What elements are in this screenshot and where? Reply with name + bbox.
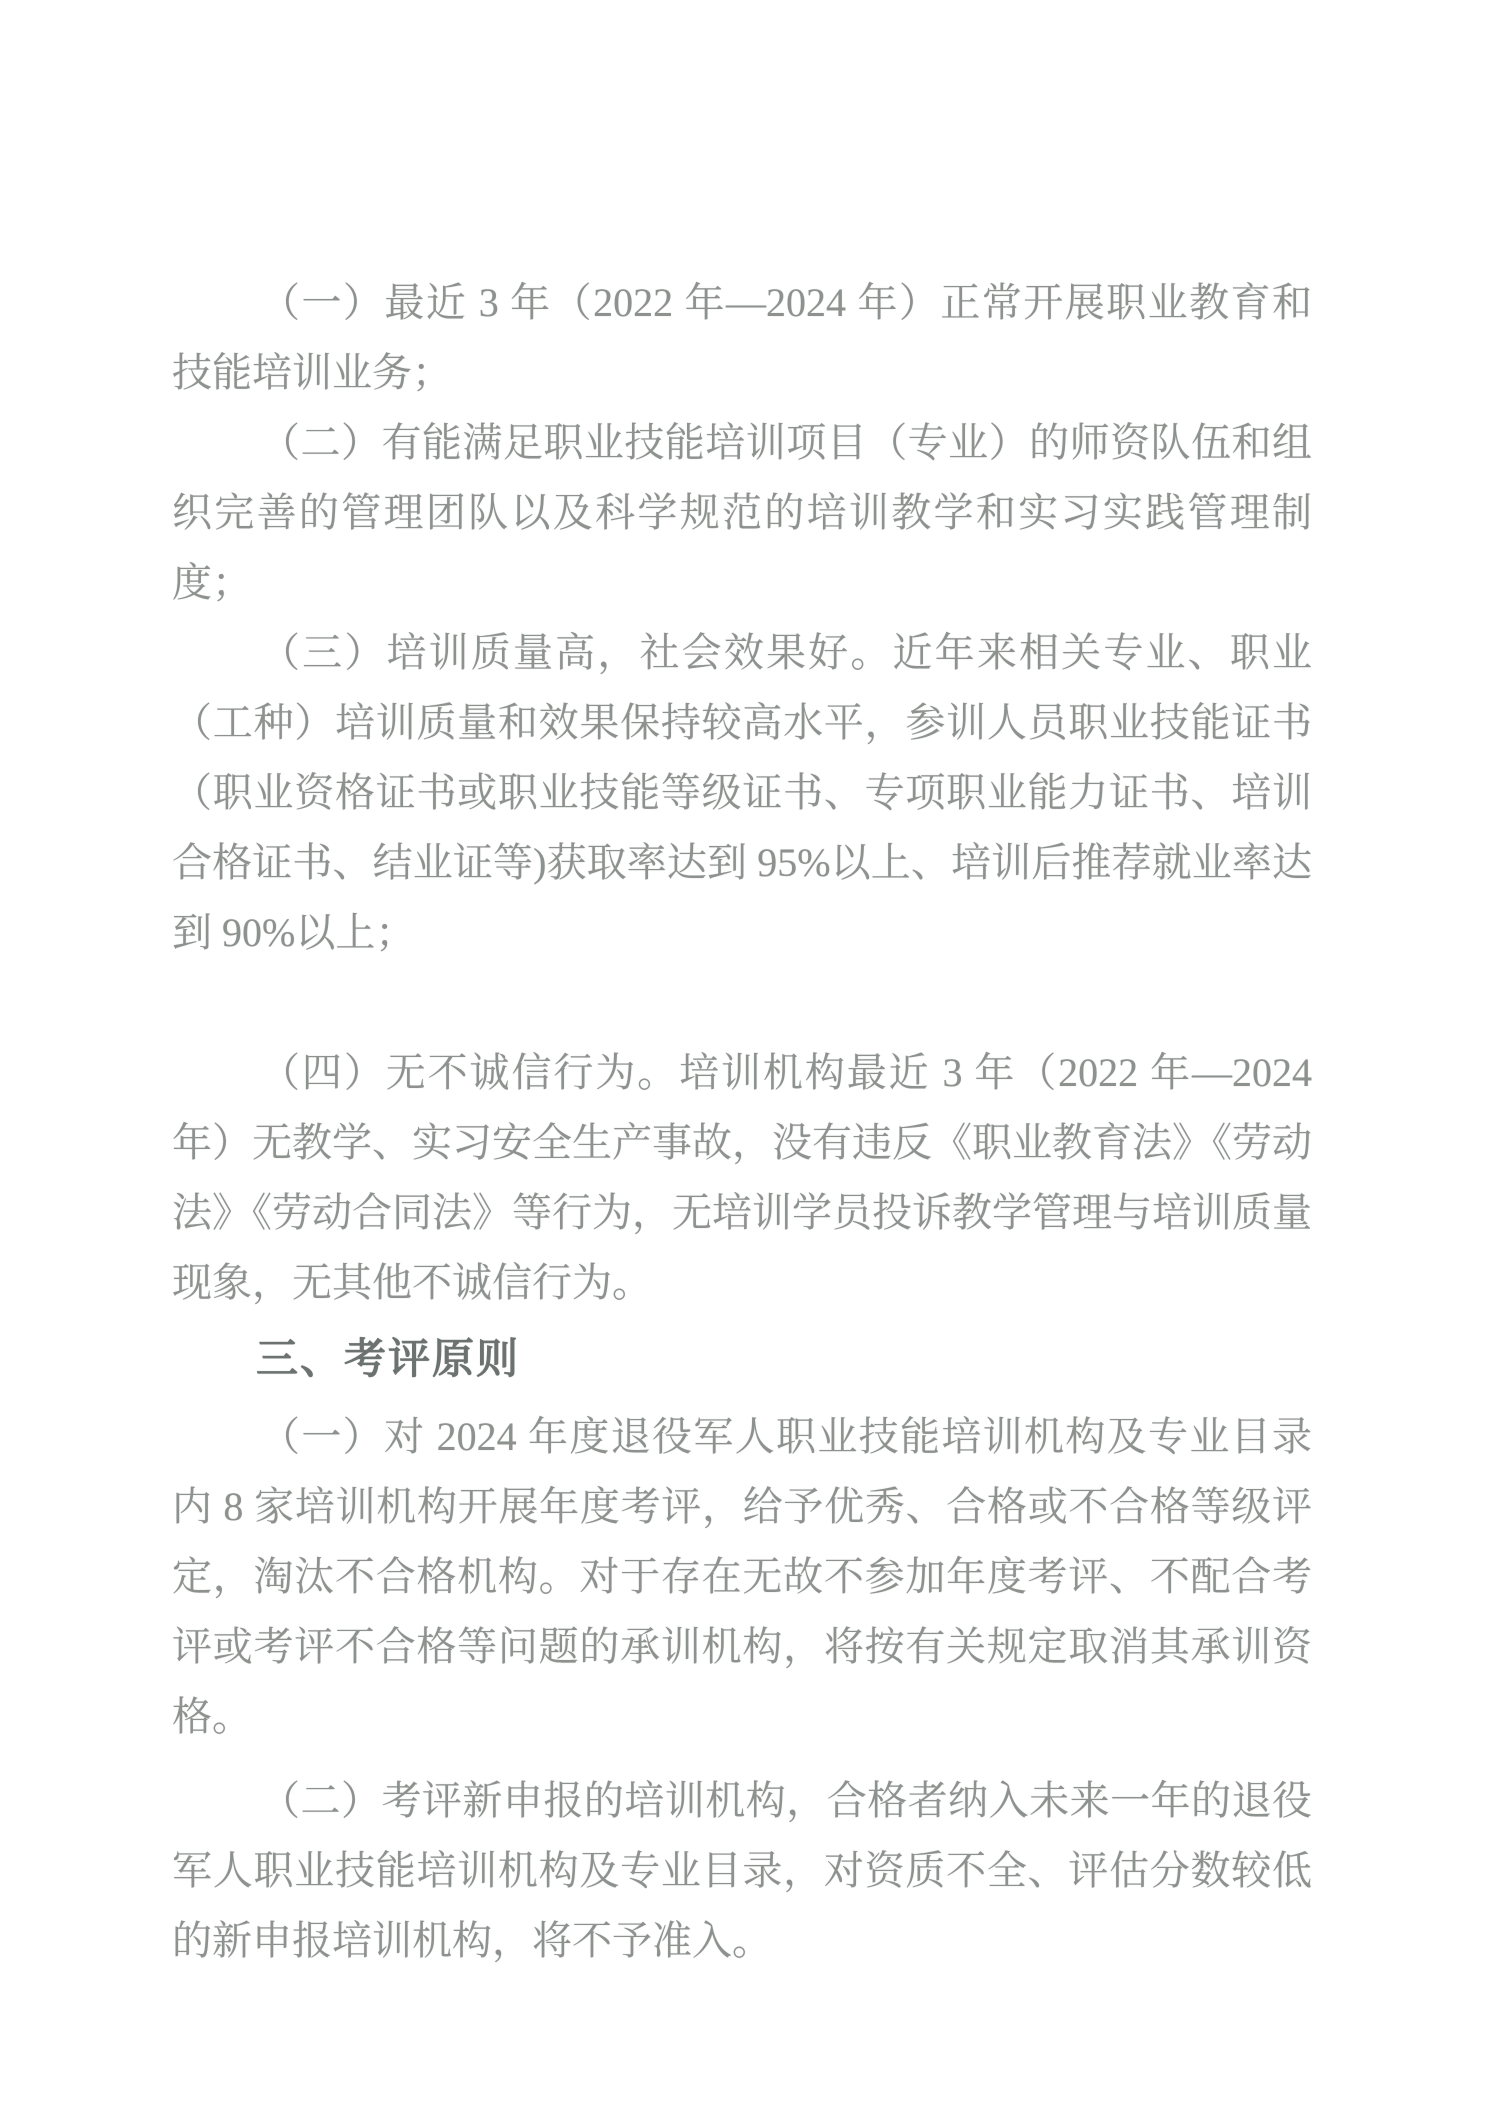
principle-1-annual-evaluation: （一）对 2024 年度退役军人职业技能培训机构及专业目录内 8 家培训机构开展… [172, 1402, 1312, 1752]
section-heading-evaluation-principles: 三、考评原则 [172, 1324, 1312, 1394]
clause-1-recent-years-operation: （一）最近 3 年（2022 年—2024 年）正常开展职业教育和技能培训业务； [172, 268, 1312, 408]
clause-4-integrity: （四）无不诚信行为。培训机构最近 3 年（2022 年—2024 年）无教学、实… [172, 1038, 1312, 1318]
clause-3-training-quality: （三）培训质量高，社会效果好。近年来相关专业、职业（工种）培训质量和效果保持较高… [172, 618, 1312, 968]
clause-2-faculty-and-management: （二）有能满足职业技能培训项目（专业）的师资队伍和组织完善的管理团队以及科学规范… [172, 408, 1312, 618]
principle-2-new-applicants: （二）考评新申报的培训机构，合格者纳入未来一年的退役军人职业技能培训机构及专业目… [172, 1766, 1312, 1976]
scanned-document-page: （一）最近 3 年（2022 年—2024 年）正常开展职业教育和技能培训业务；… [0, 0, 1488, 2106]
